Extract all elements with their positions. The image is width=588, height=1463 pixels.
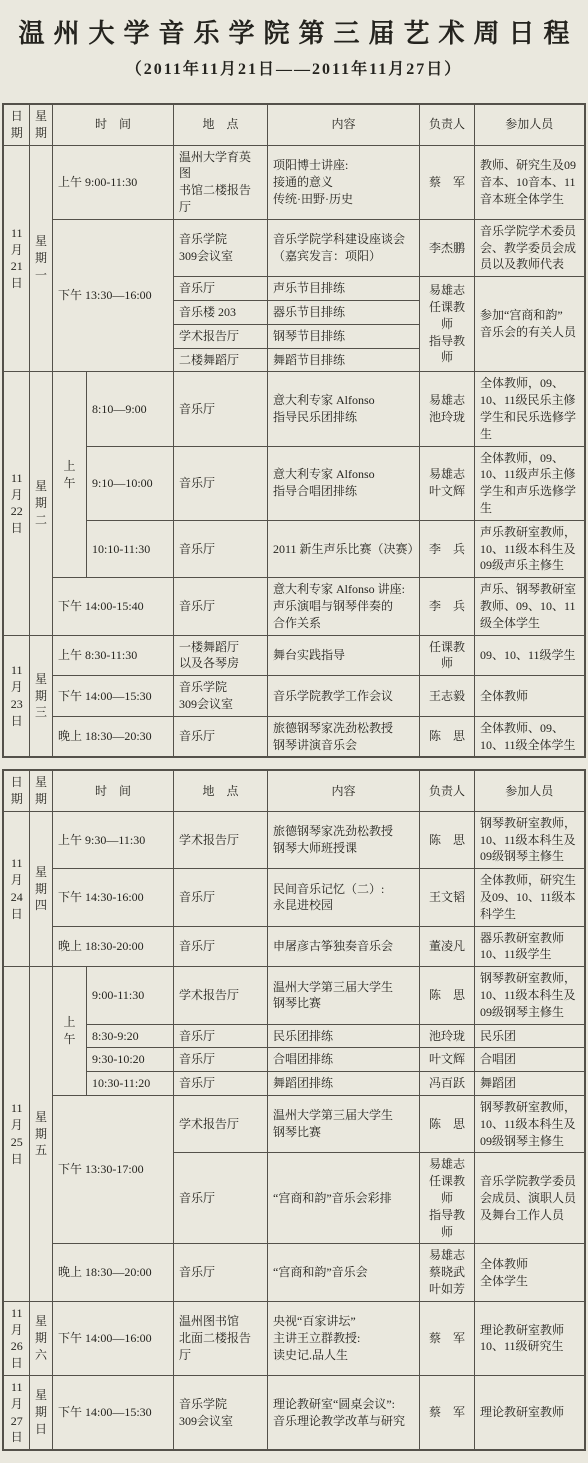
schedule-table-week-part2: 日 期星 期时 间地 点内容负责人参加人员11 月 24 日星 期 四上午 9:… bbox=[2, 769, 585, 1451]
content-cell: 舞台实践指导 bbox=[268, 635, 420, 676]
place-cell: 音乐厅 bbox=[174, 1024, 268, 1048]
content-cell: 申屠彦古筝独奏音乐会 bbox=[268, 926, 420, 967]
time-cell: 晚上 18:30-20:00 bbox=[52, 926, 173, 967]
schedule-row: 10:10-11:30音乐厅2011 新生声乐比赛（决赛）李 兵声乐教研室教师，… bbox=[3, 520, 584, 577]
content-cell: 旅德钢琴家冼劲松教授 钢琴大师班授课 bbox=[268, 811, 420, 868]
manager-cell: 任课教师 bbox=[420, 635, 475, 676]
participants-cell: 声乐教研室教师，10、11级本科生及09级声乐主修生 bbox=[475, 520, 585, 577]
content-cell: 意大利专家 Alfonso 讲座: 声乐演唱与钢琴伴奏的 合作关系 bbox=[268, 578, 420, 635]
header-cell: 负责人 bbox=[420, 104, 475, 145]
manager-cell: 李 兵 bbox=[420, 520, 475, 577]
content-cell: “宫商和韵”音乐会彩排 bbox=[268, 1153, 420, 1244]
time-cell: 下午 13:30—16:00 bbox=[52, 219, 173, 372]
time-cell: 下午 13:30-17:00 bbox=[52, 1096, 173, 1244]
participants-cell: 钢琴教研室教师，10、11级本科生及09级钢琴主修生 bbox=[475, 1096, 585, 1153]
time-cell: 下午 14:00-15:40 bbox=[52, 578, 173, 635]
place-cell: 音乐厅 bbox=[174, 716, 268, 757]
schedule-row: 晚上 18:30—20:00音乐厅“宫商和韵”音乐会易雄志 蔡晓武 叶如芳全体教… bbox=[3, 1244, 584, 1301]
schedule-row: 11 月 23 日星 期 三上午 8:30-11:30一楼舞蹈厅 以及各琴房舞台… bbox=[3, 635, 584, 676]
participants-cell: 民乐团 bbox=[475, 1024, 585, 1048]
participants-cell: 器乐教研室教师 10、11级学生 bbox=[475, 926, 585, 967]
participants-cell: 全体教师，研究生及09、10、11级本科学生 bbox=[475, 869, 585, 926]
time-cell: 上午 9:00-11:30 bbox=[52, 145, 173, 219]
header-cell: 星 期 bbox=[29, 770, 52, 811]
place-cell: 学术报告厅 bbox=[174, 324, 268, 348]
schedule-table-week-part1: 日 期星 期时 间地 点内容负责人参加人员11 月 21 日星 期 一上午 9:… bbox=[2, 103, 585, 758]
place-cell: 学术报告厅 bbox=[174, 1096, 268, 1153]
manager-cell: 叶文辉 bbox=[420, 1048, 475, 1072]
date-cell: 11 月 21 日 bbox=[3, 145, 29, 372]
place-cell: 音乐厅 bbox=[174, 578, 268, 635]
manager-cell: 蔡 军 bbox=[420, 145, 475, 219]
content-cell: 音乐学院教学工作会议 bbox=[268, 676, 420, 717]
time-cell: 9:30-10:20 bbox=[86, 1048, 173, 1072]
header-cell: 日 期 bbox=[3, 770, 29, 811]
schedule-row: 日 期星 期时 间地 点内容负责人参加人员 bbox=[3, 770, 584, 811]
schedule-row: 8:30-9:20音乐厅民乐团排练池玲珑民乐团 bbox=[3, 1024, 584, 1048]
content-cell: 理论教研室“圆桌会议”: 音乐理论教学改革与研究 bbox=[268, 1376, 420, 1451]
place-cell: 音乐厅 bbox=[174, 1048, 268, 1072]
content-cell: 央视“百家讲坛” 主讲王立群教授: 读史记.品人生 bbox=[268, 1301, 420, 1375]
manager-cell: 陈 思 bbox=[420, 716, 475, 757]
place-cell: 音乐学院 309会议室 bbox=[174, 676, 268, 717]
place-cell: 温州图书馆 北面二楼报告厅 bbox=[174, 1301, 268, 1375]
manager-cell: 李 兵 bbox=[420, 578, 475, 635]
date-cell: 11 月 25 日 bbox=[3, 967, 29, 1302]
manager-cell: 易雄志 任课教师 指导教师 bbox=[420, 1153, 475, 1244]
manager-cell: 李杰鹏 bbox=[420, 219, 475, 276]
participants-cell: 全体教师 全体学生 bbox=[475, 1244, 585, 1301]
manager-cell: 易雄志 任课教师 指导教师 bbox=[420, 277, 475, 372]
header-cell: 日 期 bbox=[3, 104, 29, 145]
place-cell: 学术报告厅 bbox=[174, 967, 268, 1024]
manager-cell: 王志毅 bbox=[420, 676, 475, 717]
time-cell: 晚上 18:30—20:00 bbox=[52, 1244, 173, 1301]
content-cell: 意大利专家 Alfonso 指导民乐团排练 bbox=[268, 372, 420, 446]
place-cell: 音乐厅 bbox=[174, 1153, 268, 1244]
manager-cell: 蔡 军 bbox=[420, 1376, 475, 1451]
participants-cell: 09、10、11级学生 bbox=[475, 635, 585, 676]
schedule-row: 下午 14:00—15:30音乐学院 309会议室音乐学院教学工作会议王志毅全体… bbox=[3, 676, 584, 717]
period-cell: 上午 bbox=[52, 372, 86, 578]
content-cell: 钢琴节目排练 bbox=[268, 324, 420, 348]
manager-cell: 陈 思 bbox=[420, 811, 475, 868]
schedule-row: 晚上 18:30—20:30音乐厅旅德钢琴家冼劲松教授 钢琴讲演音乐会陈 思全体… bbox=[3, 716, 584, 757]
participants-cell: 全体教师 bbox=[475, 676, 585, 717]
place-cell: 音乐厅 bbox=[174, 1244, 268, 1301]
content-cell: 舞蹈团排练 bbox=[268, 1072, 420, 1096]
place-cell: 音乐楼 203 bbox=[174, 300, 268, 324]
weekday-cell: 星 期 四 bbox=[29, 811, 52, 966]
schedule-row: 下午 14:30-16:00音乐厅民间音乐记忆（二）: 永昆进校园王文韬全体教师… bbox=[3, 869, 584, 926]
manager-cell: 易雄志 池玲珑 bbox=[420, 372, 475, 446]
manager-cell: 蔡 军 bbox=[420, 1301, 475, 1375]
content-cell: 民间音乐记忆（二）: 永昆进校园 bbox=[268, 869, 420, 926]
manager-cell: 陈 思 bbox=[420, 967, 475, 1024]
schedule-row: 9:10—10:00音乐厅意大利专家 Alfonso 指导合唱团排练易雄志 叶文… bbox=[3, 446, 584, 520]
content-cell: 舞蹈节目排练 bbox=[268, 348, 420, 372]
page-title: 温州大学音乐学院第三届艺术周日程 bbox=[0, 13, 588, 50]
weekday-cell: 星 期 三 bbox=[29, 635, 52, 757]
document-page: 温州大学音乐学院第三届艺术周日程 （2011年11月21日——2011年11月2… bbox=[0, 0, 588, 1463]
place-cell: 音乐厅 bbox=[174, 1072, 268, 1096]
header-cell: 星 期 bbox=[29, 104, 52, 145]
schedule-row: 11 月 25 日星 期 五上午9:00-11:30学术报告厅温州大学第三届大学… bbox=[3, 967, 584, 1024]
date-cell: 11 月 24 日 bbox=[3, 811, 29, 966]
participants-cell: 教师、研究生及09音本、10音本、11音本班全体学生 bbox=[475, 145, 585, 219]
header-cell: 内容 bbox=[268, 104, 420, 145]
manager-cell: 董凌凡 bbox=[420, 926, 475, 967]
schedule-row: 晚上 18:30-20:00音乐厅申屠彦古筝独奏音乐会董凌凡器乐教研室教师 10… bbox=[3, 926, 584, 967]
manager-cell: 池玲珑 bbox=[420, 1024, 475, 1048]
place-cell: 音乐厅 bbox=[174, 277, 268, 301]
schedule-row: 11 月 22 日星 期 二上午8:10—9:00音乐厅意大利专家 Alfons… bbox=[3, 372, 584, 446]
content-cell: 民乐团排练 bbox=[268, 1024, 420, 1048]
schedule-row: 下午 14:00-15:40音乐厅意大利专家 Alfonso 讲座: 声乐演唱与… bbox=[3, 578, 584, 635]
place-cell: 学术报告厅 bbox=[174, 811, 268, 868]
content-cell: 项阳博士讲座: 接通的意义 传统·田野·历史 bbox=[268, 145, 420, 219]
content-cell: 2011 新生声乐比赛（决赛） bbox=[268, 520, 420, 577]
header-cell: 参加人员 bbox=[475, 104, 585, 145]
header-cell: 负责人 bbox=[420, 770, 475, 811]
content-cell: 声乐节目排练 bbox=[268, 277, 420, 301]
manager-cell: 易雄志 蔡晓武 叶如芳 bbox=[420, 1244, 475, 1301]
place-cell: 二楼舞蹈厅 bbox=[174, 348, 268, 372]
participants-cell: 钢琴教研室教师，10、11级本科生及09级钢琴主修生 bbox=[475, 967, 585, 1024]
period-cell: 上午 bbox=[52, 967, 86, 1096]
manager-cell: 陈 思 bbox=[420, 1096, 475, 1153]
time-cell: 下午 14:30-16:00 bbox=[52, 869, 173, 926]
date-cell: 11 月 27 日 bbox=[3, 1376, 29, 1451]
header-cell: 地 点 bbox=[174, 770, 268, 811]
participants-cell: 舞蹈团 bbox=[475, 1072, 585, 1096]
participants-cell: 音乐学院学术委员会、教学委员会成员以及教师代表 bbox=[475, 219, 585, 276]
place-cell: 音乐厅 bbox=[174, 869, 268, 926]
schedule-row: 11 月 21 日星 期 一上午 9:00-11:30温州大学育英图 书馆二楼报… bbox=[3, 145, 584, 219]
time-cell: 9:10—10:00 bbox=[86, 446, 173, 520]
schedule-row: 9:30-10:20音乐厅合唱团排练叶文辉合唱团 bbox=[3, 1048, 584, 1072]
content-cell: 音乐学院学科建设座谈会 （嘉宾发言：项阳） bbox=[268, 219, 420, 276]
page-subtitle: （2011年11月21日——2011年11月27日） bbox=[0, 56, 588, 79]
time-cell: 下午 14:00—15:30 bbox=[52, 1376, 173, 1451]
schedule-row: 10:30-11:20音乐厅舞蹈团排练冯百跃舞蹈团 bbox=[3, 1072, 584, 1096]
weekday-cell: 星 期 五 bbox=[29, 967, 52, 1302]
schedule-row: 下午 13:30—16:00音乐学院 309会议室音乐学院学科建设座谈会 （嘉宾… bbox=[3, 219, 584, 276]
time-cell: 9:00-11:30 bbox=[86, 967, 173, 1024]
participants-cell: 钢琴教研室教师，10、11级本科生及09级钢琴主修生 bbox=[475, 811, 585, 868]
time-cell: 上午 8:30-11:30 bbox=[52, 635, 173, 676]
weekday-cell: 星 期 一 bbox=[29, 145, 52, 372]
weekday-cell: 星 期 二 bbox=[29, 372, 52, 635]
time-cell: 上午 9:30—11:30 bbox=[52, 811, 173, 868]
place-cell: 音乐学院 309会议室 bbox=[174, 1376, 268, 1451]
header-cell: 时 间 bbox=[52, 770, 173, 811]
place-cell: 一楼舞蹈厅 以及各琴房 bbox=[174, 635, 268, 676]
content-cell: 器乐节目排练 bbox=[268, 300, 420, 324]
participants-cell: 声乐、钢琴教研室教师、09、10、11级全体学生 bbox=[475, 578, 585, 635]
content-cell: 旅德钢琴家冼劲松教授 钢琴讲演音乐会 bbox=[268, 716, 420, 757]
weekday-cell: 星 期 日 bbox=[29, 1376, 52, 1451]
time-cell: 8:30-9:20 bbox=[86, 1024, 173, 1048]
time-cell: 8:10—9:00 bbox=[86, 372, 173, 446]
participants-cell: 音乐学院教学委员会成员、演职人员及舞台工作人员 bbox=[475, 1153, 585, 1244]
weekday-cell: 星 期 六 bbox=[29, 1301, 52, 1375]
place-cell: 音乐厅 bbox=[174, 372, 268, 446]
time-cell: 晚上 18:30—20:30 bbox=[52, 716, 173, 757]
participants-cell: 全体教师，09、10、11级声乐主修学生和声乐选修学生 bbox=[475, 446, 585, 520]
content-cell: “宫商和韵”音乐会 bbox=[268, 1244, 420, 1301]
header-cell: 参加人员 bbox=[475, 770, 585, 811]
content-cell: 意大利专家 Alfonso 指导合唱团排练 bbox=[268, 446, 420, 520]
participants-cell: 理论教研室教师 bbox=[475, 1376, 585, 1451]
date-cell: 11 月 22 日 bbox=[3, 372, 29, 635]
place-cell: 音乐学院 309会议室 bbox=[174, 219, 268, 276]
manager-cell: 易雄志 叶文辉 bbox=[420, 446, 475, 520]
content-cell: 温州大学第三届大学生 钢琴比赛 bbox=[268, 1096, 420, 1153]
header-cell: 地 点 bbox=[174, 104, 268, 145]
place-cell: 音乐厅 bbox=[174, 926, 268, 967]
schedule-row: 日 期星 期时 间地 点内容负责人参加人员 bbox=[3, 104, 584, 145]
manager-cell: 王文韬 bbox=[420, 869, 475, 926]
participants-cell: 参加“宫商和韵” 音乐会的有关人员 bbox=[475, 277, 585, 372]
place-cell: 音乐厅 bbox=[174, 520, 268, 577]
schedule-row: 11 月 26 日星 期 六下午 14:00—16:00温州图书馆 北面二楼报告… bbox=[3, 1301, 584, 1375]
header-cell: 时 间 bbox=[52, 104, 173, 145]
place-cell: 温州大学育英图 书馆二楼报告厅 bbox=[174, 145, 268, 219]
schedule-row: 11 月 27 日星 期 日下午 14:00—15:30音乐学院 309会议室理… bbox=[3, 1376, 584, 1451]
date-cell: 11 月 23 日 bbox=[3, 635, 29, 757]
participants-cell: 理论教研室教师 10、11级研究生 bbox=[475, 1301, 585, 1375]
time-cell: 10:10-11:30 bbox=[86, 520, 173, 577]
date-cell: 11 月 26 日 bbox=[3, 1301, 29, 1375]
header-cell: 内容 bbox=[268, 770, 420, 811]
manager-cell: 冯百跃 bbox=[420, 1072, 475, 1096]
time-cell: 下午 14:00—16:00 bbox=[52, 1301, 173, 1375]
schedule-row: 下午 13:30-17:00学术报告厅温州大学第三届大学生 钢琴比赛陈 思钢琴教… bbox=[3, 1096, 584, 1153]
participants-cell: 全体教师、09、10、11级全体学生 bbox=[475, 716, 585, 757]
place-cell: 音乐厅 bbox=[174, 446, 268, 520]
schedule-row: 11 月 24 日星 期 四上午 9:30—11:30学术报告厅旅德钢琴家冼劲松… bbox=[3, 811, 584, 868]
content-cell: 温州大学第三届大学生 钢琴比赛 bbox=[268, 967, 420, 1024]
time-cell: 下午 14:00—15:30 bbox=[52, 676, 173, 717]
participants-cell: 合唱团 bbox=[475, 1048, 585, 1072]
time-cell: 10:30-11:20 bbox=[86, 1072, 173, 1096]
content-cell: 合唱团排练 bbox=[268, 1048, 420, 1072]
participants-cell: 全体教师，09、10、11级民乐主修学生和民乐选修学生 bbox=[475, 372, 585, 446]
table-gap bbox=[0, 758, 588, 769]
